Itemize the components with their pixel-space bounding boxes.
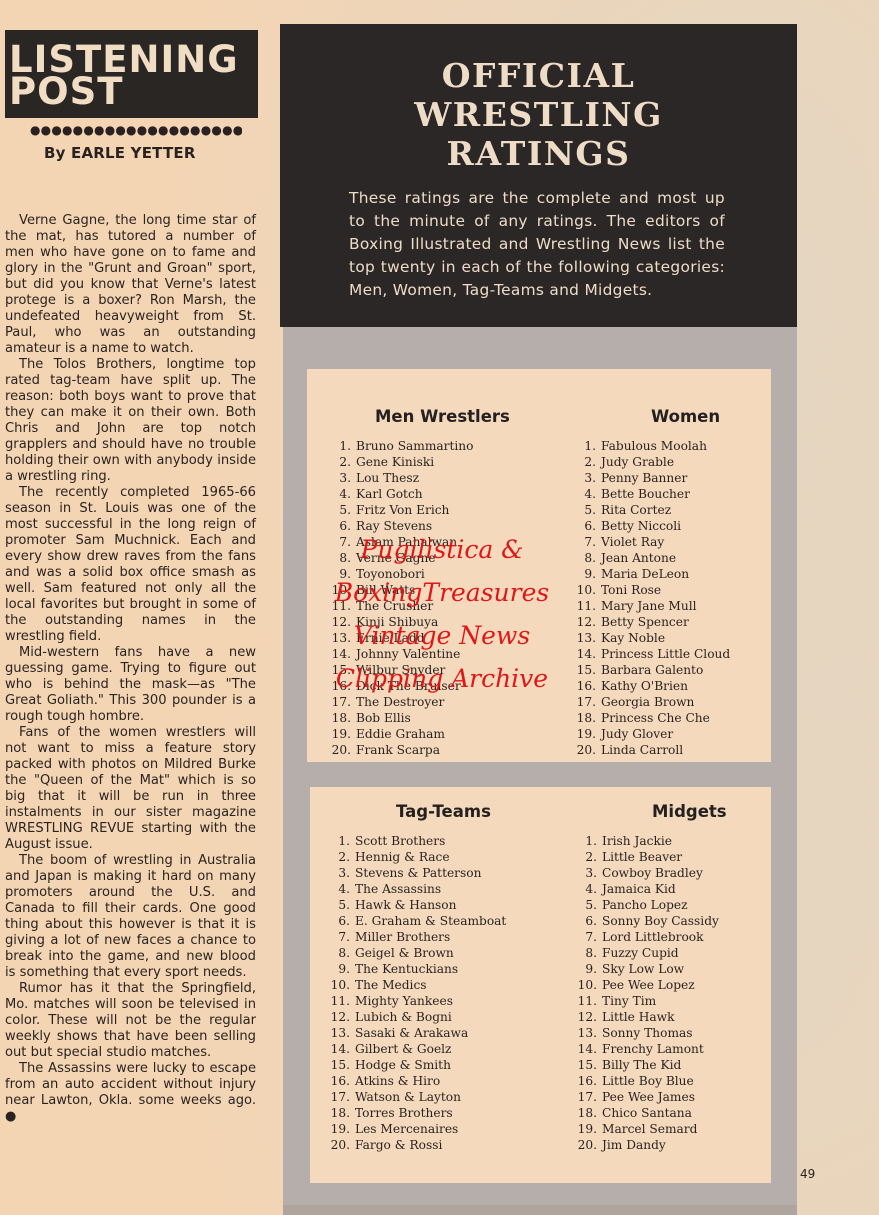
rank-number: 5.: [574, 502, 596, 518]
ranking-item: 2.Little Beaver: [575, 849, 719, 865]
rank-name: Sonny Boy Cassidy: [602, 914, 719, 928]
rank-number: 16.: [575, 1073, 597, 1089]
ranking-item: 17.Watson & Layton: [328, 1089, 506, 1105]
ranking-item: 19.Judy Glover: [574, 726, 730, 742]
ranking-item: 16.Kathy O'Brien: [574, 678, 730, 694]
rank-number: 8.: [328, 945, 350, 961]
rank-number: 15.: [574, 662, 596, 678]
rank-number: 4.: [575, 881, 597, 897]
rank-name: Miller Brothers: [355, 930, 450, 944]
ranking-item: 8.Jean Antone: [574, 550, 730, 566]
rank-number: 11.: [575, 993, 597, 1009]
rank-name: Watson & Layton: [355, 1090, 461, 1104]
ranking-item: 5.Rita Cortez: [574, 502, 730, 518]
rank-name: Bob Ellis: [356, 711, 411, 725]
ranking-item: 18.Princess Che Che: [574, 710, 730, 726]
article-paragraph: Verne Gagne, the long time star of the m…: [5, 213, 256, 357]
rank-name: Sasaki & Arakawa: [355, 1026, 468, 1040]
rank-name: Georgia Brown: [601, 695, 694, 709]
rank-name: Scott Brothers: [355, 834, 445, 848]
rank-number: 17.: [328, 1089, 350, 1105]
rank-number: 5.: [329, 502, 351, 518]
ranking-item: 7.Violet Ray: [574, 534, 730, 550]
rank-name: E. Graham & Steamboat: [355, 914, 506, 928]
ranking-item: 17.Georgia Brown: [574, 694, 730, 710]
ranking-item: 9.Sky Low Low: [575, 961, 719, 977]
rank-name: Irish Jackie: [602, 834, 672, 848]
rank-name: Bette Boucher: [601, 487, 690, 501]
rank-name: Kathy O'Brien: [601, 679, 688, 693]
rank-name: Lord Littlebrook: [602, 930, 704, 944]
ranking-item: 14.Princess Little Cloud: [574, 646, 730, 662]
rank-number: 18.: [575, 1105, 597, 1121]
rank-number: 18.: [574, 710, 596, 726]
rank-name: Hawk & Hanson: [355, 898, 457, 912]
article-paragraph: The boom of wrestling in Australia and J…: [5, 853, 256, 981]
rank-name: Princess Che Che: [601, 711, 710, 725]
rank-number: 12.: [575, 1009, 597, 1025]
rank-number: 16.: [329, 678, 351, 694]
rank-name: Judy Glover: [601, 727, 673, 741]
rank-number: 16.: [574, 678, 596, 694]
rank-number: 17.: [575, 1089, 597, 1105]
rank-name: Atkins & Hiro: [355, 1074, 440, 1088]
article-body: Verne Gagne, the long time star of the m…: [5, 213, 256, 1125]
rank-number: 2.: [574, 454, 596, 470]
ranking-item: 1.Bruno Sammartino: [329, 438, 474, 454]
ranking-item: 15.Billy The Kid: [575, 1057, 719, 1073]
ranking-item: 11.Mighty Yankees: [328, 993, 506, 1009]
midgets-heading: Midgets: [652, 802, 727, 821]
ranking-item: 11.The Crusher: [329, 598, 474, 614]
rank-number: 3.: [328, 865, 350, 881]
ranking-item: 18.Bob Ellis: [329, 710, 474, 726]
article-paragraph: The Tolos Brothers, longtime top rated t…: [5, 357, 256, 485]
ranking-item: 20.Fargo & Rossi: [328, 1137, 506, 1153]
rank-number: 11.: [328, 993, 350, 1009]
rank-number: 4.: [328, 881, 350, 897]
ranking-item: 9.Toyonobori: [329, 566, 474, 582]
ranking-item: 7.Lord Littlebrook: [575, 929, 719, 945]
rank-name: Les Mercenaires: [355, 1122, 458, 1136]
rank-number: 10.: [329, 582, 351, 598]
tag-teams-list: 1.Scott Brothers2.Hennig & Race3.Stevens…: [328, 833, 506, 1153]
rank-name: Lou Thesz: [356, 471, 419, 485]
ranking-item: 18.Torres Brothers: [328, 1105, 506, 1121]
ranking-item: 8.Fuzzy Cupid: [575, 945, 719, 961]
rank-number: 3.: [575, 865, 597, 881]
ratings-box-men-women: Men Wrestlers 1.Bruno Sammartino2.Gene K…: [307, 369, 771, 762]
rank-number: 9.: [574, 566, 596, 582]
article-paragraph: Rumor has it that the Springfield, Mo. m…: [5, 981, 256, 1061]
ranking-item: 7.Aslam Pahalwan: [329, 534, 474, 550]
rank-number: 10.: [328, 977, 350, 993]
ranking-item: 4.Jamaica Kid: [575, 881, 719, 897]
rank-name: Sky Low Low: [602, 962, 684, 976]
rank-number: 13.: [575, 1025, 597, 1041]
dot-divider: ●●●●●●●●●●●●●●●●●●●●●●●●: [30, 124, 242, 136]
rank-number: 20.: [328, 1137, 350, 1153]
rank-number: 7.: [575, 929, 597, 945]
rank-number: 18.: [328, 1105, 350, 1121]
men-wrestlers-list: 1.Bruno Sammartino2.Gene Kiniski3.Lou Th…: [329, 438, 474, 758]
ranking-item: 4.Karl Gotch: [329, 486, 474, 502]
rank-name: Pee Wee Lopez: [602, 978, 695, 992]
rank-name: Jamaica Kid: [602, 882, 676, 896]
rank-number: 12.: [328, 1009, 350, 1025]
panel-bottom-strip: [283, 1205, 797, 1215]
ranking-item: 10.Toni Rose: [574, 582, 730, 598]
ranking-item: 5.Hawk & Hanson: [328, 897, 506, 913]
rank-number: 14.: [328, 1041, 350, 1057]
rank-number: 6.: [574, 518, 596, 534]
rank-name: Betty Spencer: [601, 615, 689, 629]
ranking-item: 5.Pancho Lopez: [575, 897, 719, 913]
ranking-item: 11.Tiny Tim: [575, 993, 719, 1009]
rank-number: 7.: [329, 534, 351, 550]
rank-name: Pancho Lopez: [602, 898, 688, 912]
ranking-item: 1.Scott Brothers: [328, 833, 506, 849]
rank-name: Ernie Ladd: [356, 631, 425, 645]
rank-name: Johnny Valentine: [356, 647, 460, 661]
rank-name: Fargo & Rossi: [355, 1138, 442, 1152]
rank-number: 3.: [574, 470, 596, 486]
rank-name: The Assassins: [355, 882, 441, 896]
rank-name: Kinji Shibuya: [356, 615, 438, 629]
rank-number: 18.: [329, 710, 351, 726]
rank-number: 15.: [328, 1057, 350, 1073]
ranking-item: 9.The Kentuckians: [328, 961, 506, 977]
rank-name: Verne Gagne: [356, 551, 436, 565]
ranking-item: 10.The Medics: [328, 977, 506, 993]
rank-number: 6.: [328, 913, 350, 929]
ranking-item: 15.Hodge & Smith: [328, 1057, 506, 1073]
ranking-item: 3.Stevens & Patterson: [328, 865, 506, 881]
midgets-list: 1.Irish Jackie2.Little Beaver3.Cowboy Br…: [575, 833, 719, 1153]
ratings-box-tag-midgets: Tag-Teams 1.Scott Brothers2.Hennig & Rac…: [310, 787, 771, 1183]
rank-name: The Destroyer: [356, 695, 444, 709]
ranking-item: 20.Jim Dandy: [575, 1137, 719, 1153]
rank-name: Geigel & Brown: [355, 946, 454, 960]
rank-name: Judy Grable: [601, 455, 674, 469]
rank-name: Violet Ray: [601, 535, 664, 549]
ranking-item: 13.Sonny Thomas: [575, 1025, 719, 1041]
ranking-item: 14.Gilbert & Goelz: [328, 1041, 506, 1057]
rank-number: 2.: [328, 849, 350, 865]
ranking-item: 14.Johnny Valentine: [329, 646, 474, 662]
rank-name: Gilbert & Goelz: [355, 1042, 451, 1056]
ranking-item: 20.Linda Carroll: [574, 742, 730, 758]
ranking-item: 15.Wilbur Snyder: [329, 662, 474, 678]
rank-number: 19.: [575, 1121, 597, 1137]
rank-name: Toyonobori: [356, 567, 425, 581]
rank-name: Mary Jane Mull: [601, 599, 697, 613]
rank-name: Dick The Bruiser: [356, 679, 461, 693]
ranking-item: 2.Judy Grable: [574, 454, 730, 470]
rank-number: 1.: [575, 833, 597, 849]
end-mark-icon: ●: [5, 1109, 16, 1124]
rank-name: Ray Stevens: [356, 519, 432, 533]
ranking-item: 5.Fritz Von Erich: [329, 502, 474, 518]
rank-name: Linda Carroll: [601, 743, 683, 757]
rank-name: Kay Noble: [601, 631, 665, 645]
rank-name: Fuzzy Cupid: [602, 946, 679, 960]
rank-name: Barbara Galento: [601, 663, 703, 677]
ranking-item: 2.Gene Kiniski: [329, 454, 474, 470]
ranking-item: 12.Betty Spencer: [574, 614, 730, 630]
ranking-item: 11.Mary Jane Mull: [574, 598, 730, 614]
ranking-item: 20.Frank Scarpa: [329, 742, 474, 758]
rank-name: Penny Banner: [601, 471, 687, 485]
rank-name: Jim Dandy: [602, 1138, 666, 1152]
byline: By EARLE YETTER: [44, 144, 214, 162]
rank-number: 10.: [575, 977, 597, 993]
rank-name: Gene Kiniski: [356, 455, 434, 469]
rank-number: 20.: [574, 742, 596, 758]
rank-number: 14.: [329, 646, 351, 662]
ranking-item: 12.Kinji Shibuya: [329, 614, 474, 630]
ratings-title-line-2: WRESTLING: [280, 95, 797, 134]
rank-number: 15.: [329, 662, 351, 678]
ranking-item: 12.Little Hawk: [575, 1009, 719, 1025]
rank-name: Bill Watts: [356, 583, 415, 597]
tag-teams-heading: Tag-Teams: [396, 802, 491, 821]
rank-name: Stevens & Patterson: [355, 866, 481, 880]
article-paragraph: The recently completed 1965-66 season in…: [5, 485, 256, 645]
ranking-item: 1.Fabulous Moolah: [574, 438, 730, 454]
men-wrestlers-heading: Men Wrestlers: [375, 407, 510, 426]
ranking-item: 17.Pee Wee James: [575, 1089, 719, 1105]
rank-number: 1.: [328, 833, 350, 849]
ranking-item: 16.Atkins & Hiro: [328, 1073, 506, 1089]
ranking-item: 6.Ray Stevens: [329, 518, 474, 534]
ranking-item: 3.Penny Banner: [574, 470, 730, 486]
rank-name: The Kentuckians: [355, 962, 458, 976]
rank-name: Hodge & Smith: [355, 1058, 451, 1072]
rank-number: 5.: [575, 897, 597, 913]
rank-number: 7.: [328, 929, 350, 945]
rank-name: Cowboy Bradley: [602, 866, 703, 880]
rank-number: 6.: [575, 913, 597, 929]
rank-number: 13.: [329, 630, 351, 646]
ranking-item: 10.Bill Watts: [329, 582, 474, 598]
ratings-header: OFFICIAL WRESTLING RATINGS These ratings…: [280, 24, 797, 327]
ranking-item: 15.Barbara Galento: [574, 662, 730, 678]
rank-number: 11.: [329, 598, 351, 614]
rank-number: 8.: [574, 550, 596, 566]
rank-number: 1.: [574, 438, 596, 454]
ranking-item: 8.Verne Gagne: [329, 550, 474, 566]
ranking-item: 2.Hennig & Race: [328, 849, 506, 865]
rank-number: 4.: [574, 486, 596, 502]
ranking-item: 4.The Assassins: [328, 881, 506, 897]
rank-number: 14.: [574, 646, 596, 662]
ranking-item: 19.Les Mercenaires: [328, 1121, 506, 1137]
ranking-item: 19.Eddie Graham: [329, 726, 474, 742]
ranking-item: 12.Lubich & Bogni: [328, 1009, 506, 1025]
rank-name: Karl Gotch: [356, 487, 423, 501]
rank-name: Aslam Pahalwan: [356, 535, 457, 549]
article-paragraph: Fans of the women wrestlers will not wan…: [5, 725, 256, 853]
page-number: 49: [800, 1167, 815, 1181]
article-paragraph-last: The Assassins were lucky to escape from …: [5, 1061, 256, 1125]
ranking-item: 1.Irish Jackie: [575, 833, 719, 849]
rank-number: 9.: [328, 961, 350, 977]
ranking-item: 8.Geigel & Brown: [328, 945, 506, 961]
ratings-title: OFFICIAL WRESTLING RATINGS: [280, 56, 797, 173]
rank-name: Marcel Semard: [602, 1122, 697, 1136]
rank-number: 15.: [575, 1057, 597, 1073]
rank-name: Little Hawk: [602, 1010, 674, 1024]
ranking-item: 13.Kay Noble: [574, 630, 730, 646]
rank-name: The Crusher: [356, 599, 433, 613]
ranking-item: 3.Lou Thesz: [329, 470, 474, 486]
rank-number: 12.: [574, 614, 596, 630]
ranking-item: 16.Dick The Bruiser: [329, 678, 474, 694]
rank-name: Jean Antone: [601, 551, 676, 565]
rank-number: 20.: [329, 742, 351, 758]
rank-number: 3.: [329, 470, 351, 486]
rank-number: 19.: [328, 1121, 350, 1137]
rank-name: Hennig & Race: [355, 850, 450, 864]
rank-number: 13.: [328, 1025, 350, 1041]
ratings-title-line-1: OFFICIAL: [280, 56, 797, 95]
ranking-item: 13.Sasaki & Arakawa: [328, 1025, 506, 1041]
ranking-item: 9.Maria DeLeon: [574, 566, 730, 582]
rank-number: 9.: [329, 566, 351, 582]
rank-number: 1.: [329, 438, 351, 454]
ranking-item: 14.Frenchy Lamont: [575, 1041, 719, 1057]
rank-name: Billy The Kid: [602, 1058, 681, 1072]
rank-name: The Medics: [355, 978, 427, 992]
rank-name: Lubich & Bogni: [355, 1010, 452, 1024]
article-paragraph: Mid-western fans have a new guessing gam…: [5, 645, 256, 725]
ratings-description: These ratings are the complete and most …: [349, 187, 725, 302]
rank-name: Bruno Sammartino: [356, 439, 474, 453]
rank-number: 9.: [575, 961, 597, 977]
women-list: 1.Fabulous Moolah2.Judy Grable3.Penny Ba…: [574, 438, 730, 758]
rank-name: Toni Rose: [601, 583, 661, 597]
rank-number: 5.: [328, 897, 350, 913]
rank-name: Sonny Thomas: [602, 1026, 693, 1040]
ranking-item: 18.Chico Santana: [575, 1105, 719, 1121]
rank-number: 13.: [574, 630, 596, 646]
rank-name: Rita Cortez: [601, 503, 671, 517]
rank-number: 7.: [574, 534, 596, 550]
ranking-item: 6.Betty Niccoli: [574, 518, 730, 534]
rank-number: 8.: [575, 945, 597, 961]
rank-name: Fabulous Moolah: [601, 439, 707, 453]
rank-name: Frenchy Lamont: [602, 1042, 704, 1056]
rank-number: 8.: [329, 550, 351, 566]
rank-number: 14.: [575, 1041, 597, 1057]
rank-number: 2.: [329, 454, 351, 470]
rank-name: Tiny Tim: [602, 994, 656, 1008]
ranking-item: 17.The Destroyer: [329, 694, 474, 710]
rank-name: Princess Little Cloud: [601, 647, 730, 661]
rank-name: Torres Brothers: [355, 1106, 453, 1120]
rank-number: 17.: [574, 694, 596, 710]
rank-name: Wilbur Snyder: [356, 663, 445, 677]
rank-number: 10.: [574, 582, 596, 598]
rank-number: 19.: [574, 726, 596, 742]
ranking-item: 19.Marcel Semard: [575, 1121, 719, 1137]
rank-name: Mighty Yankees: [355, 994, 453, 1008]
rank-name: Pee Wee James: [602, 1090, 695, 1104]
ranking-item: 6.E. Graham & Steamboat: [328, 913, 506, 929]
rank-name: Eddie Graham: [356, 727, 445, 741]
rank-number: 19.: [329, 726, 351, 742]
ratings-title-line-3: RATINGS: [280, 134, 797, 173]
rank-name: Little Beaver: [602, 850, 682, 864]
rank-number: 17.: [329, 694, 351, 710]
article-paragraph-text: The Assassins were lucky to escape from …: [5, 1061, 256, 1108]
ranking-item: 3.Cowboy Bradley: [575, 865, 719, 881]
ranking-item: 10.Pee Wee Lopez: [575, 977, 719, 993]
rank-name: Maria DeLeon: [601, 567, 689, 581]
rank-name: Little Boy Blue: [602, 1074, 694, 1088]
rank-number: 12.: [329, 614, 351, 630]
rank-number: 6.: [329, 518, 351, 534]
women-heading: Women: [651, 407, 720, 426]
rank-number: 20.: [575, 1137, 597, 1153]
rank-number: 16.: [328, 1073, 350, 1089]
rank-number: 4.: [329, 486, 351, 502]
ranking-item: 16.Little Boy Blue: [575, 1073, 719, 1089]
rank-name: Betty Niccoli: [601, 519, 681, 533]
rank-name: Fritz Von Erich: [356, 503, 449, 517]
ranking-item: 7.Miller Brothers: [328, 929, 506, 945]
rank-name: Frank Scarpa: [356, 743, 440, 757]
rank-number: 2.: [575, 849, 597, 865]
rank-name: Chico Santana: [602, 1106, 692, 1120]
rank-number: 11.: [574, 598, 596, 614]
ranking-item: 6.Sonny Boy Cassidy: [575, 913, 719, 929]
ranking-item: 13.Ernie Ladd: [329, 630, 474, 646]
listening-post-title: LISTENING POST: [5, 30, 258, 118]
ranking-item: 4.Bette Boucher: [574, 486, 730, 502]
